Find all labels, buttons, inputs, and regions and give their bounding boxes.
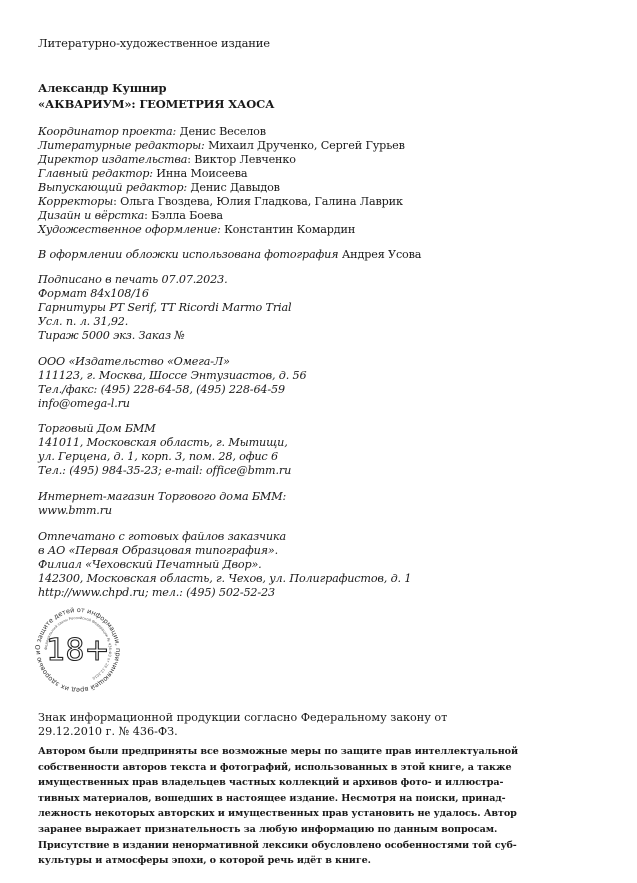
credit-role: Корректоры xyxy=(38,195,113,208)
sign-note-line: Знак информационной продукции согласно Ф… xyxy=(38,711,447,725)
credit-name: : Бэлла Боева xyxy=(144,209,223,222)
credit-name: : Ольга Гвоздева, Юлия Гладкова, Галина … xyxy=(113,195,403,208)
legal-line: собственности авторов текста и фотографи… xyxy=(38,760,440,776)
legal-line: имущественных прав владельцев частных ко… xyxy=(38,775,440,791)
credit-line: Дизайн и вёрстка: Бэлла Боева xyxy=(38,209,223,223)
credit-line: Директор издательства: Виктор Левченко xyxy=(38,153,296,167)
badge-rating: 18+ xyxy=(46,633,109,668)
book-title: «АКВАРИУМ»: ГЕОМЕТРИЯ ХАОСА xyxy=(38,97,274,111)
credit-name: Михаил Друченко, Сергей Гурьев xyxy=(205,139,405,152)
legal-line: лежность некоторых авторских и имуществе… xyxy=(38,806,440,822)
credit-line: Выпускающий редактор: Денис Давыдов xyxy=(38,181,280,195)
legal-notice: Автором были предприняты все возможные м… xyxy=(38,744,440,869)
printer-address: 142300, Московская область, г. Чехов, ул… xyxy=(38,572,411,586)
cover-photographer: Андрея Усова xyxy=(338,248,421,261)
trade-house-address: ул. Герцена, д. 1, корп. 3, пом. 28, офи… xyxy=(38,450,278,464)
print-info-line: Подписано в печать 07.07.2023. xyxy=(38,273,227,287)
printer-line: в АО «Первая Образцовая типография». xyxy=(38,544,278,558)
online-shop-label: Интернет-магазин Торгового дома БММ: xyxy=(38,490,286,504)
sign-note-line: 29.12.2010 г. № 436-ФЗ. xyxy=(38,725,447,739)
credit-role: Директор издательства xyxy=(38,153,187,166)
publisher-phone: Тел./факс: (495) 228-64-58, (495) 228-64… xyxy=(38,383,285,397)
legal-line: заранее выражает признательность за любу… xyxy=(38,822,440,838)
credit-name: Инна Моисеева xyxy=(153,167,247,180)
publisher-email[interactable]: info@omega-l.ru xyxy=(38,397,130,411)
printer-line: Отпечатано с готовых файлов заказчика xyxy=(38,530,286,544)
legal-line: культуры и атмосферы эпохи, о которой ре… xyxy=(38,853,440,869)
cover-note-label: В оформлении обложки использована фотогр… xyxy=(38,248,338,261)
publisher-address: 111123, г. Москва, Шоссе Энтузиастов, д.… xyxy=(38,369,306,383)
age-rating-badge-icon: О защите детей от информации, причиняюще… xyxy=(33,605,123,695)
online-shop-url[interactable]: www.bmm.ru xyxy=(38,504,112,518)
credit-name: Денис Давыдов xyxy=(187,181,280,194)
credit-line: Главный редактор: Инна Моисеева xyxy=(38,167,247,181)
series-label: Литературно-художественное издание xyxy=(38,36,270,50)
credit-role: Литературные редакторы: xyxy=(38,139,205,152)
author-name: Александр Кушнир xyxy=(38,81,166,95)
print-info-line: Тираж 5000 экз. Заказ № xyxy=(38,329,185,343)
credit-name: Денис Веселов xyxy=(176,125,266,138)
credit-role: Художественное оформление: xyxy=(38,223,221,236)
publisher-line: ООО «Издательство «Омега-Л» xyxy=(38,355,230,369)
trade-house-contacts: Тел.: (495) 984-35-23; e-mail: office@bm… xyxy=(38,464,291,478)
sign-note: Знак информационной продукции согласно Ф… xyxy=(38,711,447,738)
legal-line: Автором были предприняты все возможные м… xyxy=(38,744,440,760)
credit-role: Дизайн и вёрстка xyxy=(38,209,144,222)
credit-line: Литературные редакторы: Михаил Друченко,… xyxy=(38,139,405,153)
trade-house-name: Торговый Дом БММ xyxy=(38,422,156,436)
credit-role: Главный редактор: xyxy=(38,167,153,180)
print-info-line: Усл. п. л. 31,92. xyxy=(38,315,128,329)
legal-line: тивных материалов, вошедших в настоящее … xyxy=(38,791,440,807)
legal-line: Присутствие в издании ненормативной лекс… xyxy=(38,838,440,854)
credit-name: Константин Комардин xyxy=(221,223,355,236)
cover-photo-note: В оформлении обложки использована фотогр… xyxy=(38,248,421,262)
credit-line: Художественное оформление: Константин Ко… xyxy=(38,223,355,237)
credit-line: Корректоры: Ольга Гвоздева, Юлия Гладков… xyxy=(38,195,403,209)
credit-role: Выпускающий редактор: xyxy=(38,181,187,194)
printer-line: Филиал «Чеховский Печатный Двор». xyxy=(38,558,262,572)
credit-line: Координатор проекта: Денис Веселов xyxy=(38,125,266,139)
credit-role: Координатор проекта: xyxy=(38,125,176,138)
printer-contacts: http://www.chpd.ru; тел.: (495) 502-52-2… xyxy=(38,586,275,600)
imprint-page: Литературно-художественное издание Алекс… xyxy=(0,0,637,883)
trade-house-address: 141011, Московская область, г. Мытищи, xyxy=(38,436,288,450)
print-info-line: Гарнитуры PT Serif, TT Ricordi Marmo Tri… xyxy=(38,301,291,315)
print-info-line: Формат 84x108/16 xyxy=(38,287,149,301)
credit-name: : Виктор Левченко xyxy=(187,153,296,166)
